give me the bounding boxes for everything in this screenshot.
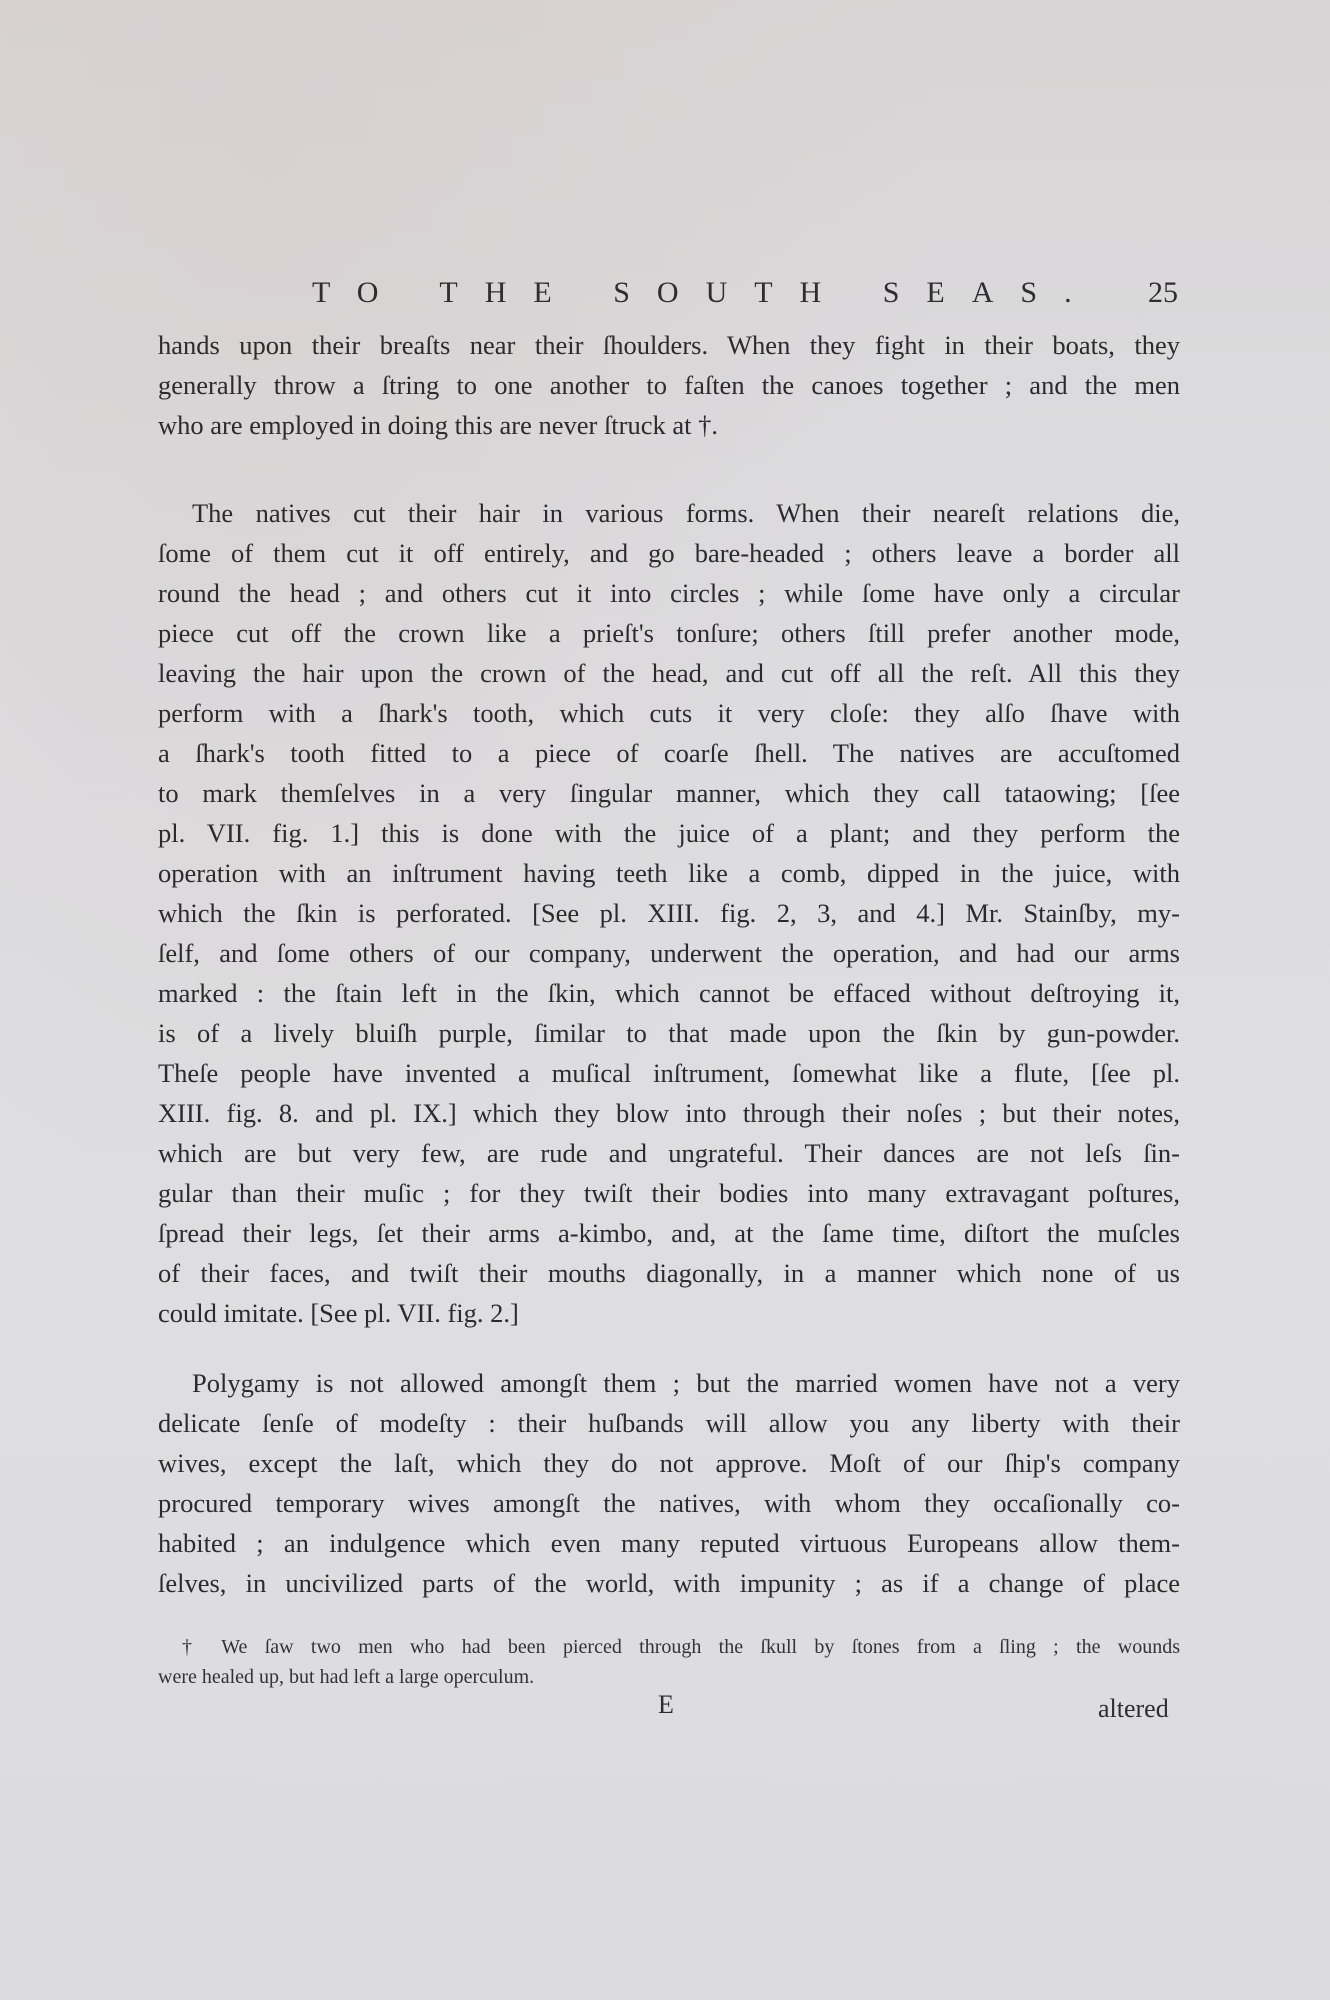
- text-line: pl. VII. fig. 1.] this is done with the …: [158, 813, 1180, 853]
- text-line: which the ſkin is perforated. [See pl. X…: [158, 893, 1180, 933]
- footnote-line: † We ſaw two men who had been pierced th…: [158, 1632, 1180, 1662]
- footnote: † We ſaw two men who had been pierced th…: [158, 1632, 1180, 1692]
- text-line: ſelf, and ſome others of our company, un…: [158, 933, 1180, 973]
- text-line: hands upon their breaſts near their ſhou…: [158, 325, 1180, 365]
- text-line: wives, except the laſt, which they do no…: [158, 1443, 1180, 1483]
- text-line: who are employed in doing this are never…: [158, 405, 1180, 445]
- text-line: perform with a ſhark's tooth, which cuts…: [158, 693, 1180, 733]
- text-line: delicate ſenſe of modeſty : their huſban…: [158, 1403, 1180, 1443]
- text-line: generally throw a ſtring to one another …: [158, 365, 1180, 405]
- text-line: of their faces, and twiſt their mouths d…: [158, 1253, 1180, 1293]
- running-head: TO THE SOUTH SEAS.: [312, 276, 1099, 310]
- text-line: a ſhark's tooth fitted to a piece of coa…: [158, 733, 1180, 773]
- text-line: procured temporary wives amongſt the nat…: [158, 1483, 1180, 1523]
- text-line: XIII. fig. 8. and pl. IX.] which they bl…: [158, 1093, 1180, 1133]
- text-line: ſpread their legs, ſet their arms a-kimb…: [158, 1213, 1180, 1253]
- catchword: altered: [1098, 1694, 1169, 1724]
- text-line: round the head ; and others cut it into …: [158, 573, 1180, 613]
- text-line: The natives cut their hair in various fo…: [158, 493, 1180, 533]
- paragraph-2: The natives cut their hair in various fo…: [158, 493, 1180, 1333]
- text-line: to mark themſelves in a very ſingular ma…: [158, 773, 1180, 813]
- text-line: could imitate. [See pl. VII. fig. 2.]: [158, 1293, 1180, 1333]
- text-line: ſelves, in uncivilized parts of the worl…: [158, 1563, 1180, 1603]
- book-page: TO THE SOUTH SEAS. 25 hands upon their b…: [0, 0, 1330, 2000]
- text-line: Theſe people have invented a muſical inſ…: [158, 1053, 1180, 1093]
- paragraph-1: hands upon their breaſts near their ſhou…: [158, 325, 1180, 445]
- paragraph-3: Polygamy is not allowed amongſt them ; b…: [158, 1363, 1180, 1603]
- text-line: marked : the ſtain left in the ſkin, whi…: [158, 973, 1180, 1013]
- text-line: is of a lively bluiſh purple, ſimilar to…: [158, 1013, 1180, 1053]
- text-line: piece cut off the crown like a prieſt's …: [158, 613, 1180, 653]
- text-line: ſome of them cut it off entirely, and go…: [158, 533, 1180, 573]
- signature-mark: E: [658, 1690, 674, 1720]
- text-line: habited ; an indulgence which even many …: [158, 1523, 1180, 1563]
- text-line: Polygamy is not allowed amongſt them ; b…: [158, 1363, 1180, 1403]
- page-number: 25: [1148, 276, 1178, 310]
- footnote-line: were healed up, but had left a large ope…: [158, 1662, 1180, 1692]
- text-line: leaving the hair upon the crown of the h…: [158, 653, 1180, 693]
- text-line: gular than their muſic ; for they twiſt …: [158, 1173, 1180, 1213]
- text-line: operation with an inſtrument having teet…: [158, 853, 1180, 893]
- text-line: which are but very few, are rude and ung…: [158, 1133, 1180, 1173]
